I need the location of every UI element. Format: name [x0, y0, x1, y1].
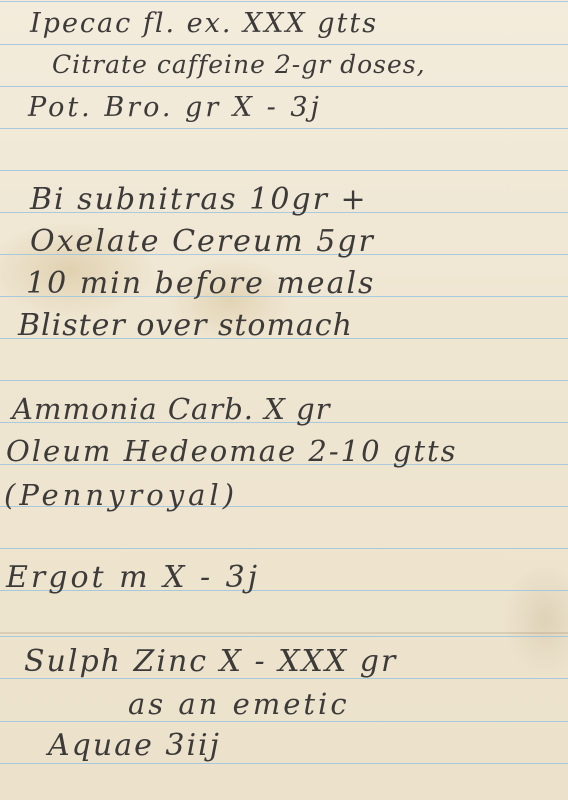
- note-line: Sulph Zinc X - XXX gr: [24, 644, 397, 679]
- note-line: Blister over stomach: [18, 308, 353, 343]
- ruled-line: [0, 170, 568, 171]
- note-line: as an emetic: [128, 687, 350, 721]
- note-line: Ammonia Carb. X gr: [12, 392, 331, 426]
- paper-fold: [0, 632, 568, 634]
- ruled-line: [0, 1, 568, 2]
- ruled-line: [0, 86, 568, 87]
- note-line: 10 min before meals: [26, 266, 375, 301]
- note-line: Citrate caffeine 2-gr doses,: [52, 50, 426, 79]
- ruled-line: [0, 721, 568, 722]
- ruled-line: [0, 636, 568, 637]
- note-line: Pot. Bro. gr X - 3j: [28, 92, 322, 123]
- note-line: Oleum Hedeomae 2-10 gtts: [6, 434, 458, 468]
- ruled-line: [0, 380, 568, 381]
- ruled-line: [0, 763, 568, 764]
- ruled-line: [0, 128, 568, 129]
- note-line: (Pennyroyal): [4, 478, 238, 512]
- note-line: Aquae 3iij: [48, 728, 221, 763]
- note-line: Ipecac fl. ex. XXX gtts: [30, 8, 378, 39]
- handwritten-page: Ipecac fl. ex. XXX gtts Citrate caffeine…: [0, 0, 568, 800]
- ruled-line: [0, 44, 568, 45]
- note-line: Bi subnitras 10gr +: [30, 182, 368, 217]
- note-line: Ergot m X - 3j: [6, 560, 260, 595]
- ruled-line: [0, 548, 568, 549]
- note-line: Oxelate Cereum 5gr: [30, 224, 375, 259]
